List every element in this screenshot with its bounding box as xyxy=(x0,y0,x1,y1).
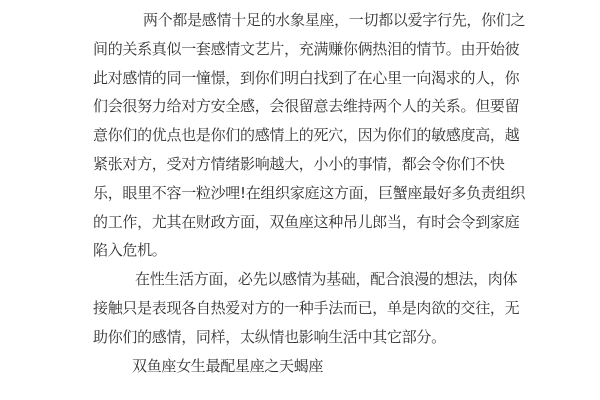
text-line: 助你们的感情，同样，太纵情也影响生活中其它部分。 xyxy=(93,323,523,352)
text-line: 在性生活方面，必先以感情为基础，配合浪漫的想法，肉体 xyxy=(93,265,523,294)
text-line: 间的关系真似一套感情文艺片，充满赚你俩热泪的情节。由开始彼 xyxy=(93,35,523,64)
text-line: 此对感情的同一憧憬，到你们明白找到了在心里一向渴求的人，你 xyxy=(93,64,523,93)
text-line: 双鱼座女生最配星座之天蝎座 xyxy=(93,352,523,381)
article-text-block: 两个都是感情十足的水象星座，一切都以爱字行先，你们之 间的关系真似一套感情文艺片… xyxy=(93,6,523,380)
text-line: 的工作，尤其在财政方面，双鱼座这种吊儿郎当，有时会令到家庭 xyxy=(93,208,523,237)
text-line: 两个都是感情十足的水象星座，一切都以爱字行先，你们之 xyxy=(93,6,523,35)
text-line: 乐，眼里不容一粒沙哩!在组织家庭这方面，巨蟹座最好多负责组织 xyxy=(93,179,523,208)
text-line: 意你们的优点也是你们的感情上的死穴，因为你们的敏感度高，越 xyxy=(93,121,523,150)
text-line: 接触只是表现各自热爱对方的一种手法而已，单是肉欲的交往，无 xyxy=(93,294,523,323)
text-line: 们会很努力给对方安全感，会很留意去维持两个人的关系。但要留 xyxy=(93,92,523,121)
text-line: 紧张对方，受对方情绪影响越大，小小的事情，都会令你们不快 xyxy=(93,150,523,179)
text-line: 陷入危机。 xyxy=(93,236,523,265)
article-page: 两个都是感情十足的水象星座，一切都以爱字行先，你们之 间的关系真似一套感情文艺片… xyxy=(0,0,600,400)
